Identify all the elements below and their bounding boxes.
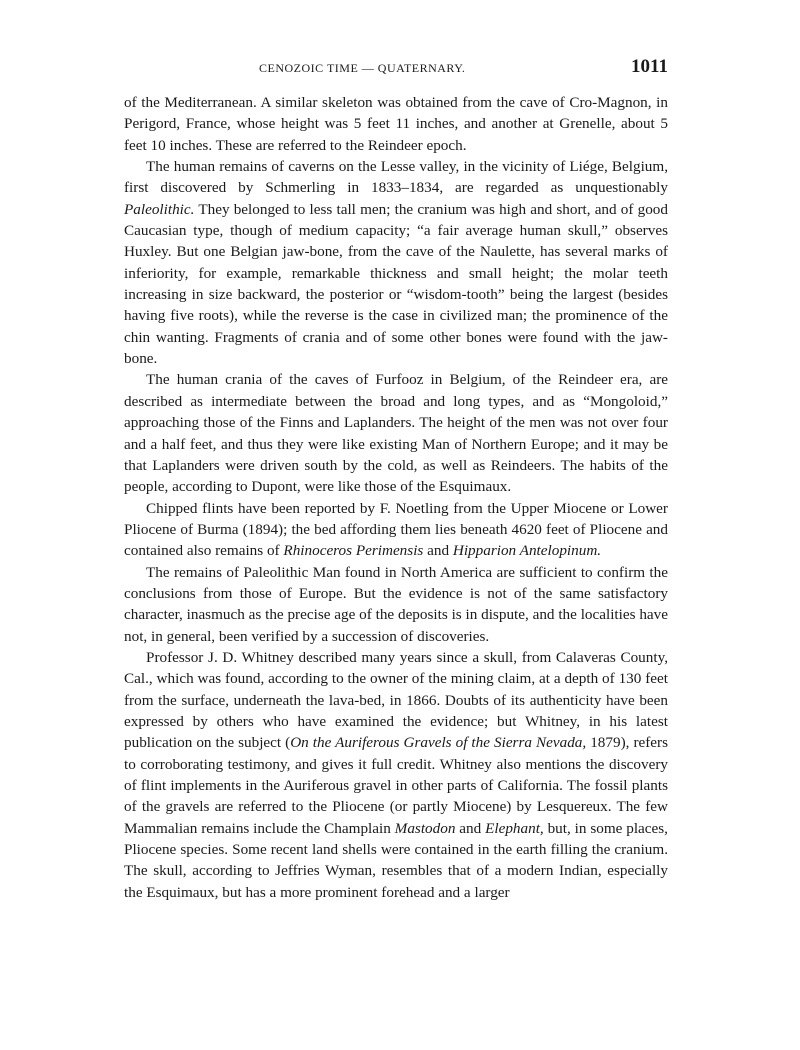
text-run: of the Mediterranean. A similar skeleton… [124,94,668,154]
text-run: and [455,820,485,837]
page-body: of the Mediterranean. A similar skeleton… [124,92,668,903]
italic-text: Paleolithic. [124,201,194,218]
text-run: The remains of Paleolithic Man found in … [124,564,668,645]
paragraph-p5: The remains of Paleolithic Man found in … [124,562,668,647]
paragraph-p2: The human remains of caverns on the Less… [124,156,668,369]
paragraph-p1: of the Mediterranean. A similar skeleton… [124,92,668,156]
page-number: 1011 [631,56,668,78]
italic-text: Hipparion Antelopinum. [453,542,601,559]
italic-text: Rhinoceros Perimensis [283,542,423,559]
paragraph-p4: Chipped flints have been reported by F. … [124,498,668,562]
italic-text: On the Auriferous Gravels of the Sierra … [290,734,586,751]
text-run: The human remains of caverns on the Less… [124,158,668,196]
running-head: CENOZOIC TIME — QUATERNARY. 1011 [124,56,668,82]
italic-text: Mastodon [395,820,456,837]
book-page: CENOZOIC TIME — QUATERNARY. 1011 of the … [124,56,668,903]
text-run: They belonged to less tall men; the cran… [124,201,668,367]
paragraph-p6: Professor J. D. Whitney described many y… [124,647,668,903]
paragraph-p3: The human crania of the caves of Furfooz… [124,369,668,497]
italic-text: Elephant, [485,820,544,837]
text-run: and [423,542,453,559]
text-run: The human crania of the caves of Furfooz… [124,371,668,495]
running-title: CENOZOIC TIME — QUATERNARY. [259,61,465,76]
